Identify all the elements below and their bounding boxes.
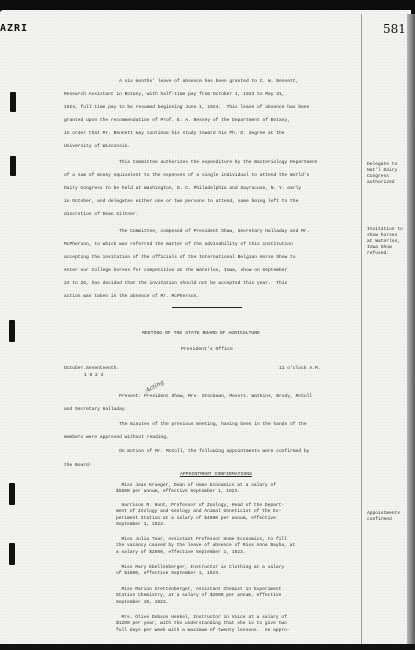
text-line: enter our College horses for competition… <box>64 264 287 277</box>
margin-rule-line <box>361 14 362 644</box>
text-line: of a sum of money equivalent to the expe… <box>64 169 309 182</box>
meeting-time: 11 o'clock A.M. <box>279 366 320 372</box>
present-line: Present: President Shaw, Mrs. Stockman, … <box>64 390 312 403</box>
scan-bottom-edge <box>0 644 415 650</box>
page-number: 581 <box>383 22 406 36</box>
margin-note-line: authorized <box>367 180 395 186</box>
reference-code: AZRI <box>0 23 28 34</box>
meeting-location: President's Office <box>181 347 233 352</box>
margin-note-line: Appointments <box>367 511 400 517</box>
text-line: This Committee authorizes the expenditur… <box>64 156 318 169</box>
text-line: 1924, full time pay to be resumed beginn… <box>64 101 309 114</box>
page-edge-shadow <box>407 14 415 644</box>
minutes-line: members were approved without reading. <box>64 431 169 444</box>
text-line: 24 to 26, has decided that the invitatio… <box>64 277 287 290</box>
margin-note-line: Nat'l Dairy <box>367 168 397 174</box>
meeting-title: MEETING OF THE STATE BOARD OF AGRICULTUR… <box>142 331 260 336</box>
appointment-line: $5500 per annum, effective September 1, … <box>116 489 240 495</box>
appointment-line: September 1, 1923. <box>116 522 166 528</box>
text-line: Dairy Congress to be held at Washington,… <box>64 182 301 195</box>
margin-note-line: Invitation to <box>367 227 403 233</box>
meeting-year: 1 9 2 3 <box>84 373 103 379</box>
binder-hole-mark-3 <box>9 320 15 342</box>
text-line: Research Assistant in Botany, with half-… <box>64 88 285 101</box>
margin-note-line: Delegate to <box>367 162 397 168</box>
appointment-line: of $1800, effective September 1, 1923. <box>116 571 221 577</box>
text-line: A six months' leave of absence has been … <box>64 75 298 88</box>
text-line: discretion of Dean Giltner. <box>64 208 138 221</box>
margin-note-line: show horses <box>367 233 397 239</box>
binder-hole-mark-4 <box>9 483 15 505</box>
margin-note-line: Congress <box>367 174 389 180</box>
meeting-date: October.Seventeenth. <box>64 366 119 372</box>
margin-note-line: refused. <box>367 251 389 257</box>
margin-note-line: at Waterloo, <box>367 239 400 245</box>
binder-hole-mark-1 <box>10 92 16 112</box>
minutes-line: The minutes of the previous meeting, hav… <box>64 418 307 431</box>
margin-note-line: confirmed <box>367 517 392 523</box>
motion-line: the Board: <box>64 459 92 472</box>
appointment-line: full days per week with a maximum of twe… <box>116 628 290 634</box>
text-line: action was taken in the absence of Mr. M… <box>64 290 199 303</box>
appointment-line: a salary of $2500, effective September 1… <box>116 550 246 556</box>
appointment-line: September 10, 1923. <box>116 600 168 606</box>
text-line: in order that Mr. Bennett may continue h… <box>64 127 285 140</box>
section-separator <box>172 307 242 308</box>
text-line: McPherson, to which was referred the mat… <box>64 238 293 251</box>
margin-note-line: Iowa Show <box>367 245 392 251</box>
binder-hole-mark-5 <box>9 543 15 565</box>
binder-hole-mark-2 <box>10 156 16 176</box>
text-line: The Committee, composed of President Sha… <box>64 225 309 238</box>
motion-line: On motion of Mr. McColl, the following a… <box>64 445 309 458</box>
text-line: accepting the invitation of the official… <box>64 251 296 264</box>
text-line: granted upon the recommendation of Prof.… <box>64 114 290 127</box>
present-line: and Secretary Halladay. <box>64 403 127 416</box>
appointments-heading: APPOINTMENT CONFIRMATIONS <box>180 472 252 477</box>
text-line: in October, and delegates either one or … <box>64 195 298 208</box>
text-line: University of Wisconsin. <box>64 140 130 153</box>
